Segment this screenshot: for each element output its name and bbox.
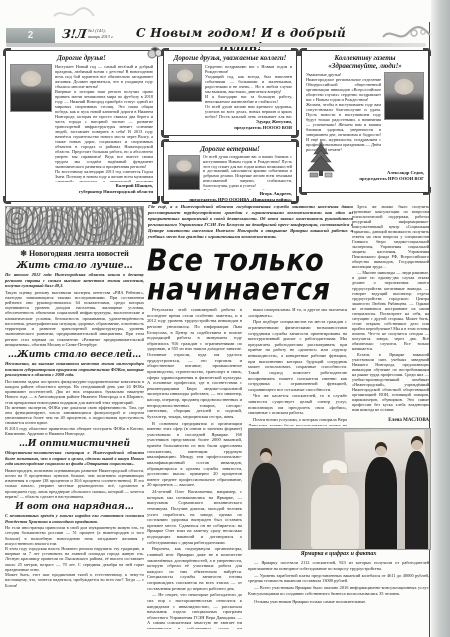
issue-info: №1 (141), январь 2013 г. xyxy=(88,28,114,39)
article-paragraph: При подборе специалистов на места гражда… xyxy=(248,319,347,392)
greeting-signature: Валерий Шанцев, губернатор Нижегородской… xyxy=(10,183,153,194)
vog-chairman-portrait-photo xyxy=(384,72,424,120)
news-item-body: Но если иностранцы приносили в свой дом … xyxy=(5,525,144,588)
article-paragraph: — Многие инвалиды — люди ранимые, и даже… xyxy=(352,270,429,351)
article-headline: Все только начинается xyxy=(147,247,365,304)
header-divider-bar xyxy=(6,43,426,47)
news-item-lead: Несомненно, на высокие показатели качест… xyxy=(5,361,144,378)
news-section-title: ✱Новогодняя лента новостей xyxy=(5,249,144,258)
frame-corner-ornament xyxy=(161,130,169,138)
greeting-box-newspaper-staff: Коллективу газеты «Здравствуйте, люди!» … xyxy=(301,50,429,193)
greeting-box-colleagues: Дорогие друзья, уважаемые коллеги! Серде… xyxy=(163,50,297,136)
crowd-cartoon-image xyxy=(5,206,144,246)
page-number: 2 xyxy=(6,28,55,43)
greeting-title: Дорогие друзья, уважаемые коллеги! xyxy=(168,54,292,62)
news-item-body: Поставлена задача построить физкультурно… xyxy=(5,379,144,437)
article-paragraph: Результаты этой планомерной работы в пос… xyxy=(147,307,242,420)
news-item-lead: Общественно-политическая ситуация в Ниже… xyxy=(5,450,144,467)
news-section-title-text: Новогодняя лента новостей xyxy=(29,249,129,258)
news-item-body: Такую оценку региону выставили эксперты … xyxy=(5,290,144,348)
photo-figure-woman xyxy=(405,451,428,549)
facts-footer: Отзывы участников Ярмарки только самые п… xyxy=(248,599,429,605)
frame-corner-ornament xyxy=(423,48,431,56)
article-paragraph: Что же касается соискателей, то в службе… xyxy=(248,393,347,416)
star-icon: ✱ xyxy=(20,249,27,258)
greeting-body: Сердечно поздравляю вас с Новым годом и … xyxy=(205,64,292,118)
frame-corner-ornament xyxy=(161,48,169,56)
photo-figure-woman xyxy=(251,463,281,549)
frame-corner-ornament xyxy=(291,196,299,204)
signature-role: председатель НОООО ВОИ xyxy=(168,125,292,131)
news-item-lead: По итогам 2012 года Нижегородская област… xyxy=(5,272,144,289)
frame-corner-ornament xyxy=(299,48,307,56)
article-column-3: Здесь же можно было получить групповые к… xyxy=(352,204,429,416)
frame-corner-ornament xyxy=(152,196,160,204)
news-item-lead: С незапамятных времён у многих народов е… xyxy=(5,513,144,524)
greeting-box-governor: Дорогие друзья! Наступает Новый год — са… xyxy=(5,50,158,202)
news-item: И вот она нарядная… С незапамятных времё… xyxy=(5,502,144,588)
facts-box-title: Ярмарка в цифрах и фактах xyxy=(248,551,429,557)
page-edge-shadow xyxy=(431,0,450,637)
frame-corner-ornament xyxy=(3,48,11,56)
greeting-signature: Эдуард Житухин, председатель НОООО ВОИ xyxy=(168,119,292,130)
article-paragraph: Почти всеми услугами, о которых говорила… xyxy=(248,417,347,426)
greeting-box-veterans: Дорогие ветераны! От всей души поздравля… xyxy=(163,141,297,202)
article-paragraph: Здесь же можно было получить групповые к… xyxy=(352,204,429,269)
news-item: …И оптимистичней Общественно-политическа… xyxy=(5,439,144,499)
article-column-1: Результаты этой планомерной работы в пос… xyxy=(147,307,242,629)
facts-box: — Ярмарку посетили 2112 соискателей, 923… xyxy=(248,560,429,609)
frame-corner-ornament xyxy=(161,196,169,204)
news-item-heading: Жить стало лучше… xyxy=(5,261,144,271)
article-paragraph: Кстати, в Ярмарке вакансий участвовали п… xyxy=(352,352,429,412)
frame-corner-ornament xyxy=(299,187,307,195)
news-item-heading: …Жить стало веселей… xyxy=(5,350,144,360)
article-paragraph: Впрочем, как подчеркнули организаторы, г… xyxy=(147,546,242,591)
article-paragraph: — Не секрет, что некоторые работодатели … xyxy=(147,592,242,629)
signature-role: губернатор Нижегородской области xyxy=(10,189,153,195)
article-paragraph: 24-летний Олег Васильченко, например, с … xyxy=(147,489,242,545)
newspaper-logo: З!Л xyxy=(61,27,87,41)
greeting-signature: Игорь Андреев, председатель НРО ОООИВА «… xyxy=(168,191,292,202)
frame-corner-ornament xyxy=(291,130,299,138)
scan-artifact-mark xyxy=(52,4,96,22)
article-paragraph: В основном предприятия и организации име… xyxy=(147,421,242,489)
fair-photo xyxy=(248,428,431,550)
veterans-chairman-portrait-photo xyxy=(168,155,200,190)
voi-chairman-portrait-photo xyxy=(168,64,202,102)
signature-role: председатель НРО ОООИВА «Инвалиды войны» xyxy=(168,197,292,203)
frame-corner-ornament xyxy=(423,187,431,195)
frame-corner-ornament xyxy=(161,139,169,147)
article-paragraph: выки саморекламы. И то, и другое мы пыта… xyxy=(248,307,347,318)
flourish-icon xyxy=(381,24,433,44)
photo-figure-woman xyxy=(365,457,397,549)
fact-item: — Всего участникам Ярмарки было оказано … xyxy=(248,585,429,596)
greeting-title: Дорогие друзья! xyxy=(10,54,153,62)
article-column-2: выки саморекламы. И то, и другое мы пыта… xyxy=(248,307,347,426)
article-lead: Где ещё, а в Нижегородской области госуд… xyxy=(148,204,353,240)
newspaper-page: 2 З!Л №1 (141), январь 2013 г. С Новым г… xyxy=(0,0,450,637)
christmas-tree-drawing xyxy=(306,140,336,178)
fact-item: — Ярмарку посетили 2112 соискателей, 923… xyxy=(248,560,429,571)
frame-corner-ornament xyxy=(291,48,299,56)
greeting-body: От всей души поздравляю вас и ваших близ… xyxy=(203,155,292,190)
news-item-body: Нижегородцев, позитивно оценивающих разв… xyxy=(5,468,144,499)
greeting-body: Наступает Новый год — самый весёлый и до… xyxy=(55,64,153,182)
news-item: Жить стало лучше… По итогам 2012 года Ни… xyxy=(5,261,144,347)
news-column: ✱Новогодняя лента новостей Жить стало лу… xyxy=(5,206,144,590)
frame-corner-ornament xyxy=(3,196,11,204)
news-item: …Жить стало веселей… Несомненно, на высо… xyxy=(5,350,144,436)
governor-portrait-photo xyxy=(10,64,52,112)
news-item-heading: И вот она нарядная… xyxy=(5,502,144,512)
greeting-title: Коллективу газеты «Здравствуйте, люди!» xyxy=(306,54,424,70)
greeting-title: Дорогие ветераны! xyxy=(168,145,292,153)
article-author: Елена МАСЛОВА xyxy=(352,418,429,423)
fact-item: — Уровень заработной платы представленны… xyxy=(248,573,429,584)
frame-corner-ornament xyxy=(291,139,299,147)
photo-figure-woman-folk-costume xyxy=(311,485,359,549)
news-item-heading: …И оптимистичней xyxy=(5,439,144,449)
